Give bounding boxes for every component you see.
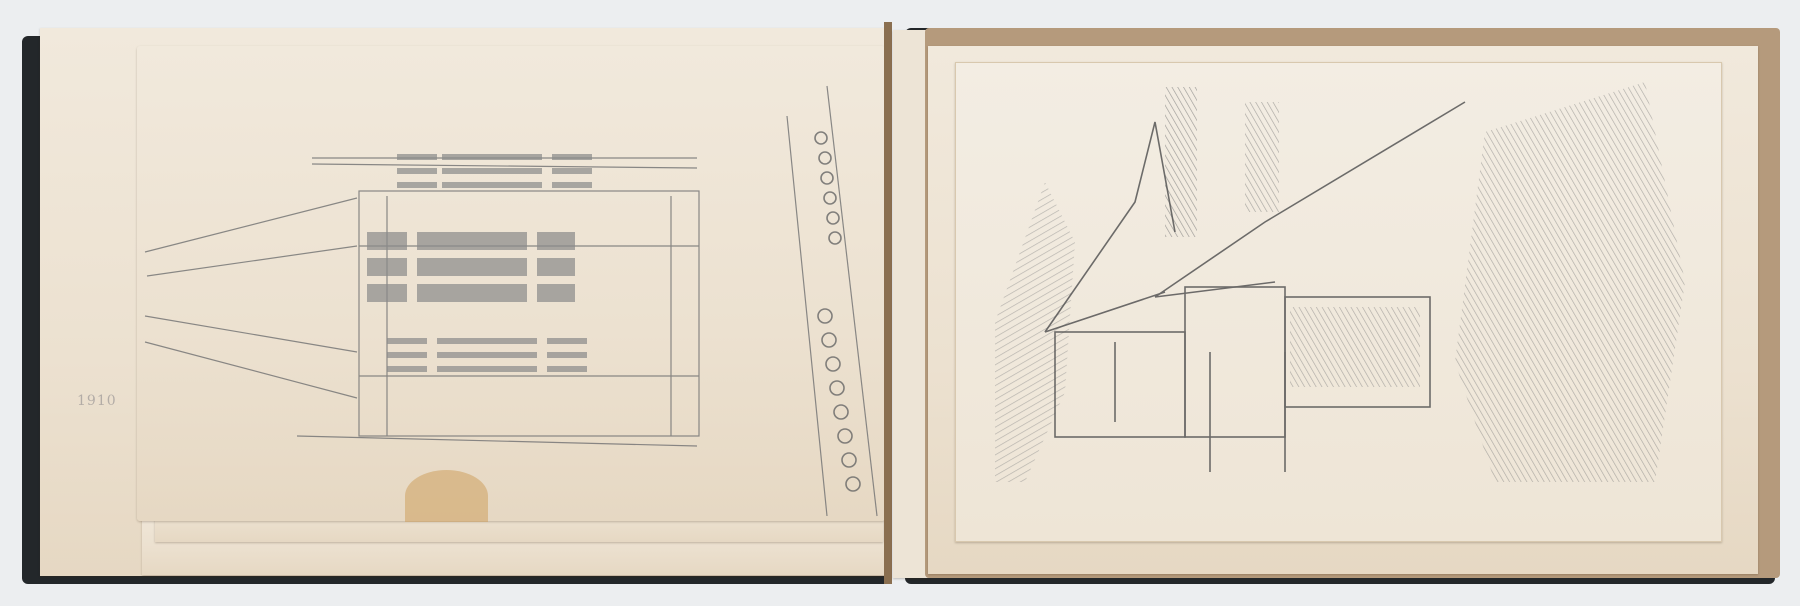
cottage-sketch (955, 62, 1720, 540)
sketchbook-photo: 1910 (0, 0, 1800, 606)
book-spine (884, 22, 892, 584)
spine-page-edge (893, 30, 929, 578)
pencil-annotation: 1910 (77, 393, 117, 409)
gothic-structure-sketch (137, 46, 885, 521)
